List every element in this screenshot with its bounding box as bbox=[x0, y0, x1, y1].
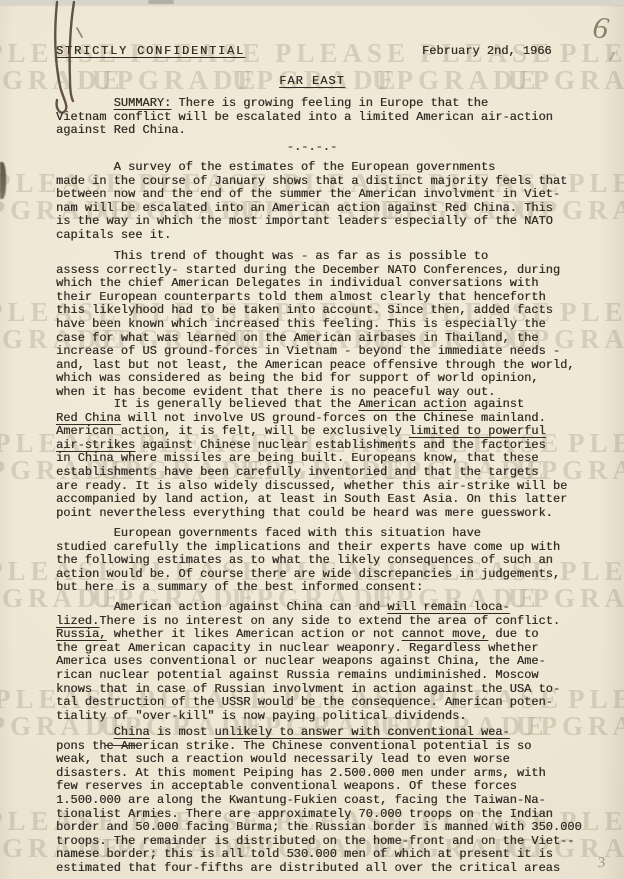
typed-line: SUMMARY: There is growing feeling in Eur… bbox=[56, 97, 553, 111]
pencil-tick-mark bbox=[609, 52, 615, 61]
typed-line: weak, that such a reaction would necessa… bbox=[56, 753, 582, 767]
typed-line: is the way in which the most important l… bbox=[56, 215, 567, 229]
typed-line: case for what was learned on the America… bbox=[56, 332, 574, 346]
typed-line: troops. The remainder is distributed on … bbox=[56, 835, 582, 849]
typed-line: pons the American strike. The Chinese co… bbox=[56, 740, 582, 754]
handwritten-pen-mark bbox=[46, 0, 96, 125]
typed-line: American action against China can and wi… bbox=[56, 601, 560, 615]
document-date: February 2nd, 1966 bbox=[422, 44, 552, 58]
typed-line: tionalist Armies. There are approximatel… bbox=[56, 808, 582, 822]
typed-line: Red China will not involve US ground-for… bbox=[56, 412, 567, 426]
typed-line: action would be. Of course there are wid… bbox=[56, 568, 560, 582]
typed-line: assess correctly- started during the Dec… bbox=[56, 264, 574, 278]
typed-line: Vietnam conflict will be escalated into … bbox=[56, 111, 553, 125]
typed-line: against Red China. bbox=[56, 124, 553, 138]
typed-line: accompanied by land action, at least in … bbox=[56, 493, 567, 507]
watermark-word: PLEASE bbox=[560, 556, 624, 587]
handwritten-page-number-top: 6 bbox=[590, 9, 611, 47]
paragraph-1: A survey of the estimates of the Europea… bbox=[56, 161, 567, 243]
typed-line: It is generally believed that the Americ… bbox=[56, 398, 567, 412]
typed-line: have been known which increased this fee… bbox=[56, 318, 574, 332]
typed-line: lized.There is no interest on any side t… bbox=[56, 615, 560, 629]
typed-line: between now and the end of the summer th… bbox=[56, 188, 567, 202]
typed-line: the following estimates as to what the l… bbox=[56, 554, 560, 568]
handwritten-page-number-bottom: 3 bbox=[597, 855, 607, 873]
watermark-word: PLEASE bbox=[568, 684, 624, 715]
typed-line: namese border; this is all told 530.000 … bbox=[56, 848, 582, 862]
paragraph-6: China is most unlikely to answer with co… bbox=[56, 726, 582, 876]
watermark-word: PLEASE bbox=[568, 168, 624, 199]
typed-line: 1.500.000 are along the Kwantung-Fukien … bbox=[56, 794, 582, 808]
typed-line: increase of US ground-forces in Vietnam … bbox=[56, 345, 574, 359]
typed-line: the great American capacity in nuclear w… bbox=[56, 642, 560, 656]
typed-line: studied carefully the implications and t… bbox=[56, 541, 560, 555]
typed-line: are ready. It is also widely discussed, … bbox=[56, 480, 567, 494]
typed-line: Russia, whether it likes American action… bbox=[56, 628, 560, 642]
typed-line: air-strikes against Chinese nuclear esta… bbox=[56, 439, 567, 453]
typed-line: European governments faced with this sit… bbox=[56, 527, 560, 541]
typed-line: border and 50.000 facing Burma; the Russ… bbox=[56, 821, 582, 835]
typed-line: few reserves in acceptable conventional … bbox=[56, 780, 582, 794]
typed-line: knows that in case of Russian involvment… bbox=[56, 683, 560, 697]
typed-line: tiality of "over-kill" is now paying pol… bbox=[56, 710, 560, 724]
typed-line: America uses conventional or nuclear wea… bbox=[56, 655, 560, 669]
separator: -.-.-.- bbox=[0, 141, 624, 155]
typed-line: establishments have been carefully inven… bbox=[56, 466, 567, 480]
paragraph-3: It is generally believed that the Americ… bbox=[56, 398, 567, 520]
typed-line: point nevertheless everything that could… bbox=[56, 507, 567, 521]
typed-line: but here is a summary of the best inform… bbox=[56, 581, 560, 595]
summary-paragraph: SUMMARY: There is growing feeling in Eur… bbox=[56, 97, 553, 138]
typed-line: estimated that four-fifths are distribut… bbox=[56, 862, 582, 876]
typed-line: made in the course of January shows that… bbox=[56, 175, 567, 189]
typed-line: tal destruction of the USSR would be the… bbox=[56, 696, 560, 710]
typed-line: American action, it is felt, will be exc… bbox=[56, 425, 567, 439]
typed-line: This trend of thought was - as far as is… bbox=[56, 250, 574, 264]
scanned-document-page: PLEASEPLEASEPLEASEPLEASEPLEASEUPGRADEUPG… bbox=[0, 0, 624, 879]
typed-line: in China where missiles are being built.… bbox=[56, 452, 567, 466]
scan-edge-smudge bbox=[0, 162, 6, 199]
paragraph-5: American action against China can and wi… bbox=[56, 601, 560, 723]
typed-line: -.-.-.- bbox=[0, 141, 624, 155]
watermark-word: PLEASE bbox=[568, 428, 624, 459]
typed-line: disasters. At this moment Peiping has 2.… bbox=[56, 767, 582, 781]
typed-line: this likelyhood had to be taken into acc… bbox=[56, 304, 574, 318]
typed-line: which was considered as being the bid fo… bbox=[56, 372, 574, 386]
paragraph-4: European governments faced with this sit… bbox=[56, 527, 560, 595]
typed-line: rican nuclear potential against Russia r… bbox=[56, 669, 560, 683]
typed-line: and, last but not least, the American pe… bbox=[56, 359, 574, 373]
typed-line: their European counterparts told them al… bbox=[56, 291, 574, 305]
paragraph-2: This trend of thought was - as far as is… bbox=[56, 250, 574, 400]
typed-line: China is most unlikely to answer with co… bbox=[56, 726, 582, 740]
typed-line: which the chief American Delegates in in… bbox=[56, 277, 574, 291]
typed-line: nam will be escalated into an American a… bbox=[56, 202, 567, 216]
typed-line: capitals see it. bbox=[56, 229, 567, 243]
watermark-word: PLEASE bbox=[275, 38, 410, 69]
document-title-text: FAR EAST bbox=[279, 74, 345, 88]
typed-line: A survey of the estimates of the Europea… bbox=[56, 161, 567, 175]
